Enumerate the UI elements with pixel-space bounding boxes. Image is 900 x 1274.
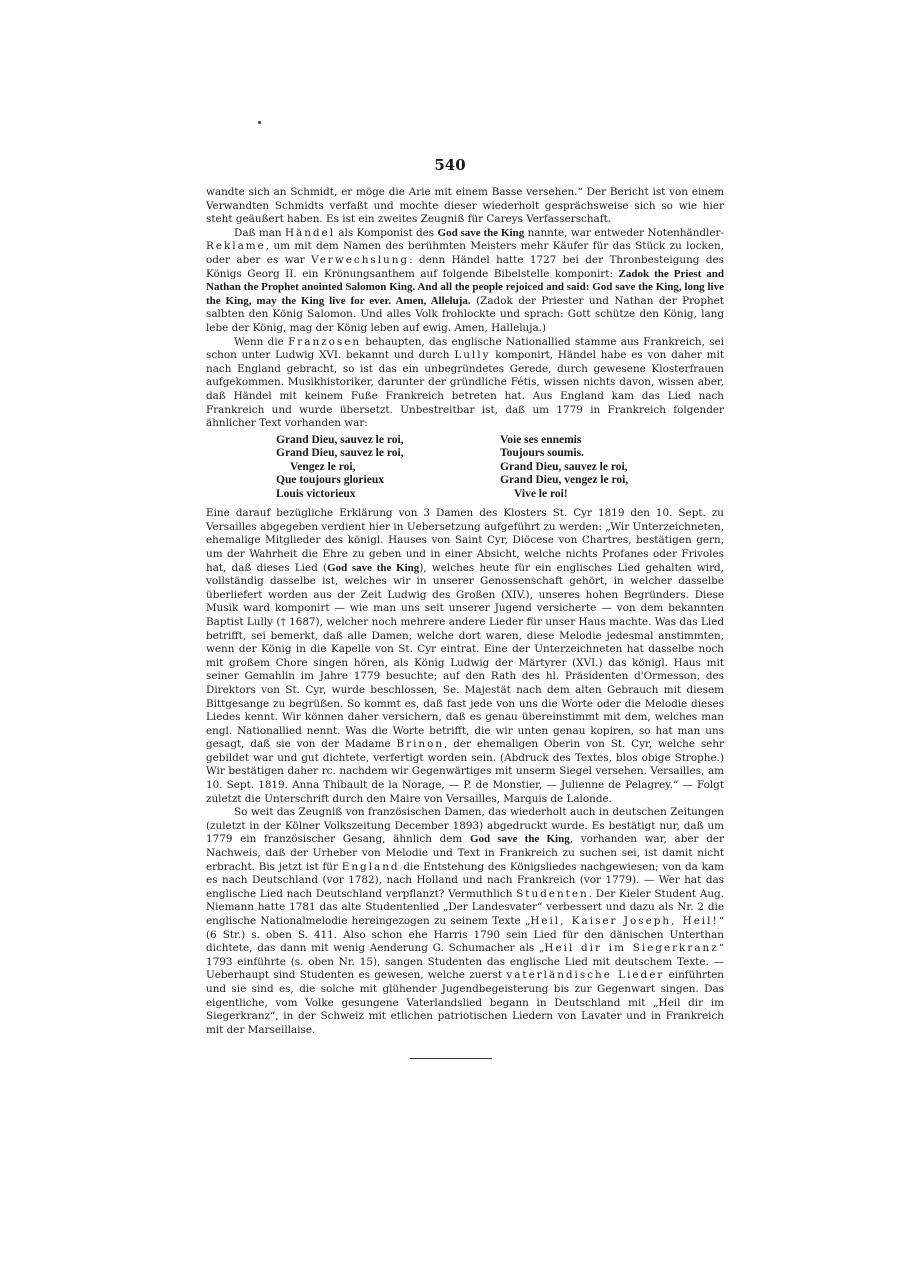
text-run: als Komponist des <box>335 227 437 239</box>
emphasis-spaced: Lully <box>454 349 490 361</box>
verse-line: Louis victorieux <box>276 488 500 502</box>
emphasis-spaced: Heil dir im Siegerkranz <box>544 942 718 954</box>
paragraph: Wenn die Franzosen behaupten, das englis… <box>206 336 724 431</box>
emphasis-spaced: Heil, Kaiser Joseph, Heil! <box>530 915 718 927</box>
verse-line: Grand Dieu, sauvez le roi, <box>276 447 500 461</box>
paragraph: Daß man Händel als Komponist des God sav… <box>206 227 724 336</box>
emphasis-spaced: Studenten <box>516 888 589 900</box>
verse-line: Vive le roi! <box>500 488 724 502</box>
emphasis-latin: God save the King <box>438 227 525 239</box>
verse-line: Voie ses ennemis <box>500 434 724 448</box>
verse-column-right: Voie ses ennemisToujours soumis.Grand Di… <box>500 434 724 502</box>
paragraph: Eine darauf bezügliche Erklärung von 3 D… <box>206 507 724 806</box>
paragraphs-after-verse: Eine darauf bezügliche Erklärung von 3 D… <box>206 507 724 1037</box>
emphasis-latin: God save the King <box>327 562 419 574</box>
paragraph: wandte sich an Schmidt, er möge die Arie… <box>206 186 724 227</box>
emphasis-spaced: Brinon <box>396 738 444 750</box>
paragraphs-before-verse: wandte sich an Schmidt, er möge die Arie… <box>206 186 724 431</box>
emphasis-latin: God save the King <box>470 833 570 845</box>
emphasis-spaced: Verwechslung <box>311 254 409 266</box>
text-run: nannte, war entweder Notenhändler- <box>524 227 724 239</box>
verse-line: Grand Dieu, sauvez le roi, <box>500 461 724 475</box>
verse-line: Grand Dieu, vengez le roi, <box>500 474 724 488</box>
end-rule <box>410 1058 492 1059</box>
emphasis-spaced: vaterländische Lieder <box>506 969 664 981</box>
text-run: wandte sich an Schmidt, er möge die Arie… <box>206 186 724 225</box>
body-text: wandte sich an Schmidt, er möge die Arie… <box>206 186 724 1037</box>
verse-line: Que toujours glorieux <box>276 474 500 488</box>
verse-line: Vengez le roi, <box>276 461 500 475</box>
emphasis-spaced: Reklame <box>206 240 266 252</box>
verse-line: Grand Dieu, sauvez le roi, <box>276 434 500 448</box>
page-number: 540 <box>0 156 900 174</box>
emphasis-spaced: Händel <box>285 227 335 239</box>
text-run: Daß man <box>234 227 285 239</box>
paragraph: So weit das Zeugniß von französischen Da… <box>206 806 724 1037</box>
french-verse: Grand Dieu, sauvez le roi,Grand Dieu, sa… <box>276 434 724 502</box>
text-run: ), welches heute für ein englisches Lied… <box>206 562 724 751</box>
print-speck <box>258 121 261 124</box>
verse-line: Toujours soumis. <box>500 447 724 461</box>
emphasis-spaced: Franzosen <box>288 336 361 348</box>
text-run: Wenn die <box>234 336 288 348</box>
verse-column-left: Grand Dieu, sauvez le roi,Grand Dieu, sa… <box>276 434 500 502</box>
emphasis-spaced: England <box>342 861 400 873</box>
